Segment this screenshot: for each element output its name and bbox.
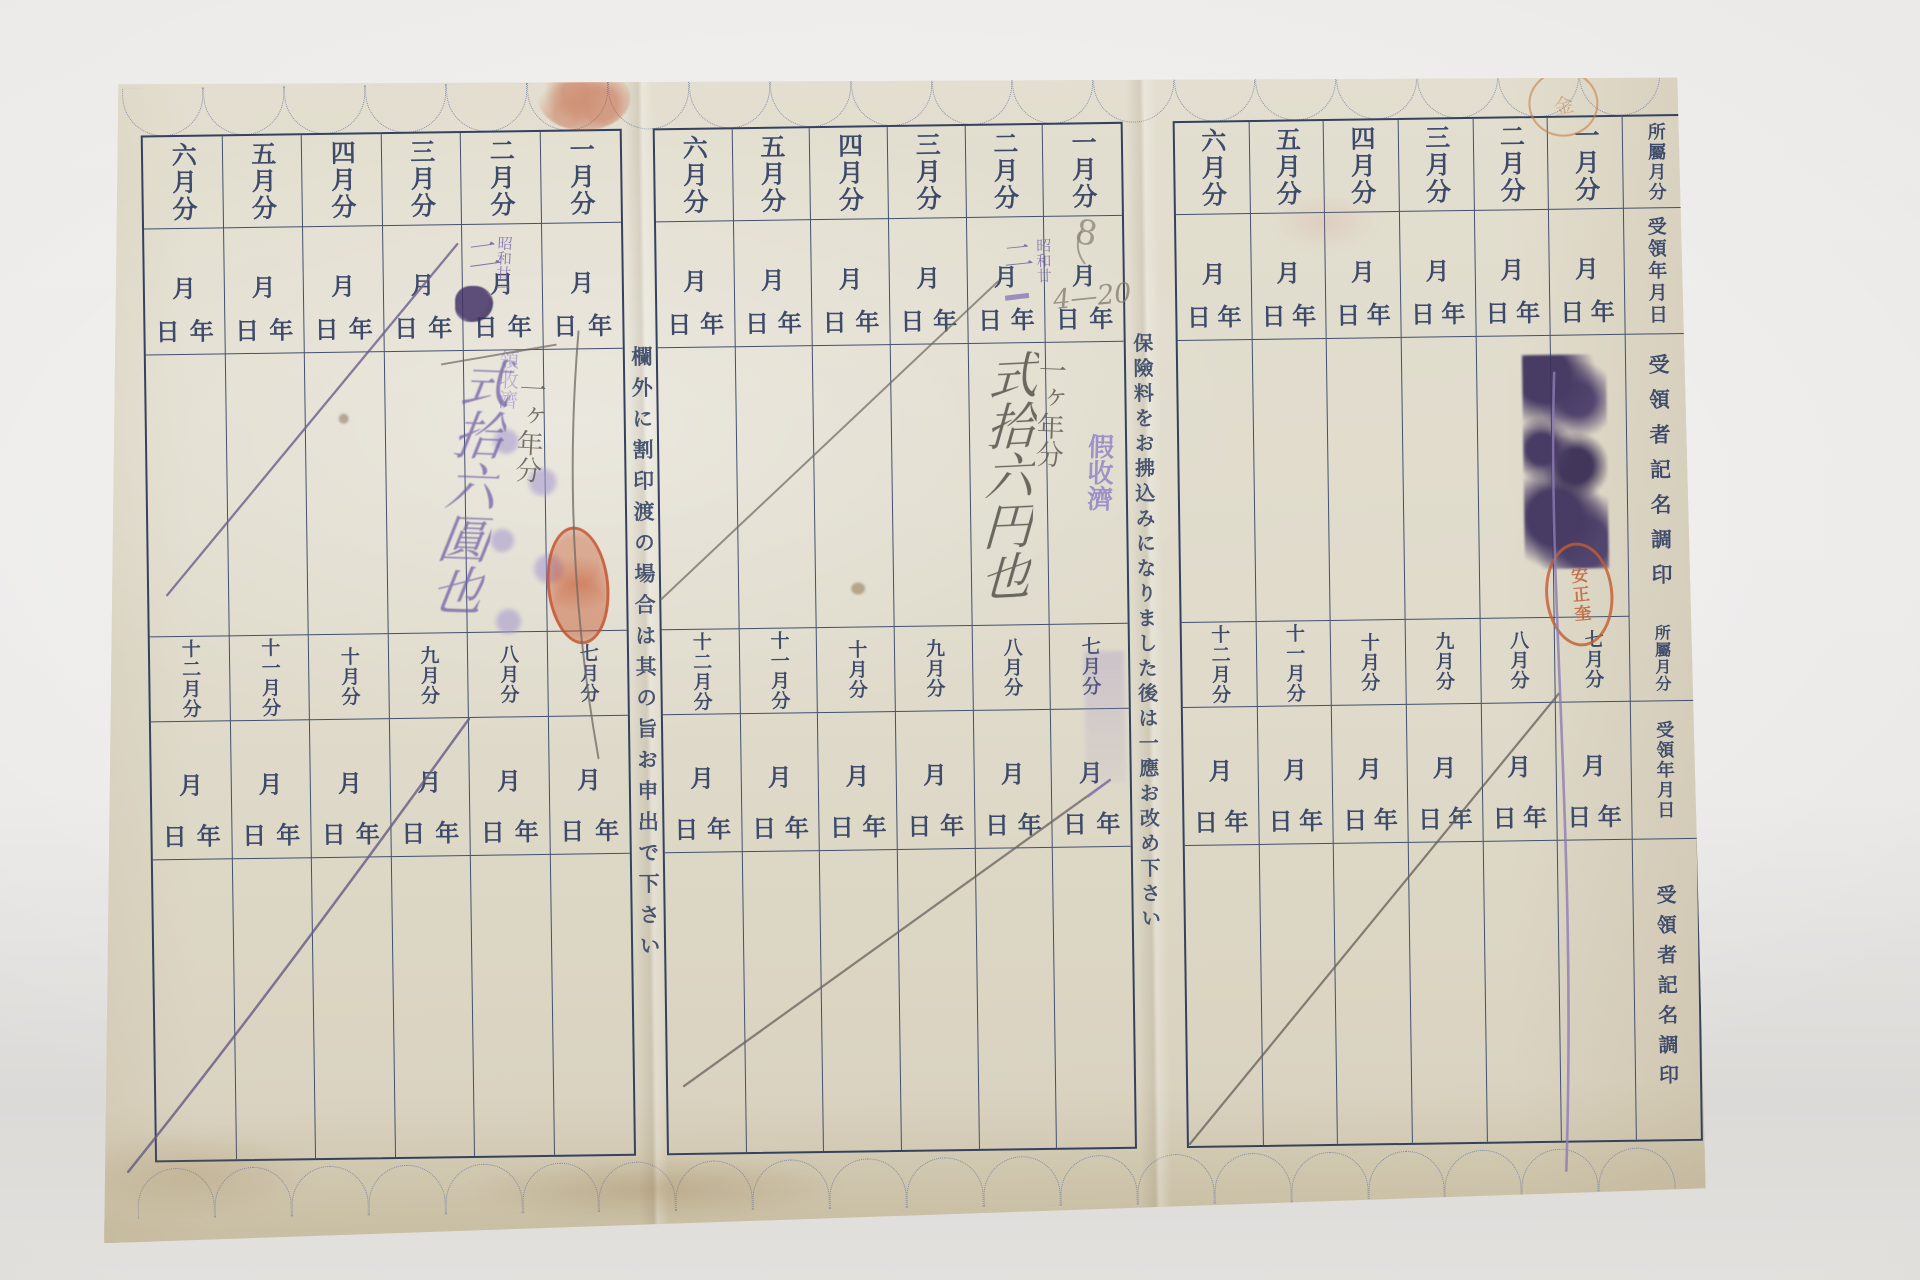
scallop-arc <box>689 80 771 129</box>
sign-cell-bottom-panel-right-3 <box>1409 842 1488 1143</box>
receipt-date-cell-top-panel-right-0-d-day: 日 <box>1187 298 1211 333</box>
receipt-date-cell-bottom-panel-left-2: 月日年 <box>310 719 391 858</box>
receipt-date-cell-bottom-panel-right-1-d-day: 日 <box>1268 801 1292 836</box>
receipt-date-cell-top-panel-middle-2-d-day: 日 <box>822 303 846 338</box>
month-header-bottom-panel-middle-2-label: 十月分 <box>846 639 866 699</box>
receipt-date-cell-bottom-panel-middle-1: 月日年 <box>741 713 821 852</box>
month-header-top-panel-left-1-label: 五月分 <box>249 141 276 222</box>
receipt-date-cell-bottom-panel-right-4: 月日年 <box>1481 703 1558 842</box>
receipt-date-cell-top-panel-right-0-d-month: 月 <box>1201 254 1225 289</box>
receipt-date-cell-top-panel-right-1-d-day: 日 <box>1261 297 1285 332</box>
receipt-date-cell-bottom-panel-right-2: 月日年 <box>1332 705 1409 844</box>
sign-cell-bottom-panel-left-3 <box>391 856 475 1157</box>
scallop-arc <box>527 82 609 131</box>
receipt-date-cell-bottom-panel-middle-3: 月日年 <box>896 711 976 850</box>
receipt-date-cell-top-panel-left-0-d-day: 日 <box>155 312 179 347</box>
month-header-top-panel-middle-2: 四月分 <box>810 127 889 220</box>
receipt-date-cell-top-panel-right-1-d-year: 年 <box>1292 296 1316 331</box>
receipt-date-cell-top-panel-left-2-d-year: 年 <box>348 309 372 344</box>
month-header-top-panel-middle-3: 三月分 <box>888 126 967 219</box>
receipt-date-cell-top-panel-right-5-d-month: 月 <box>1575 249 1599 284</box>
scallop-arc <box>599 1161 677 1212</box>
sign-cell-top-panel-right-2 <box>1327 338 1406 621</box>
month-header-top-panel-middle-3-label: 三月分 <box>913 131 940 212</box>
receipt-date-cell-bottom-panel-left-0: 月日年 <box>151 721 232 860</box>
month-header-top-panel-middle-0: 六月分 <box>655 129 734 222</box>
month-header-top-panel-middle-5-label: 一月分 <box>1069 129 1096 210</box>
month-header-bottom-panel-left-1: 十一月分 <box>229 635 310 721</box>
receipt-date-cell-bottom-panel-middle-3-d-month: 月 <box>923 755 947 790</box>
receipt-date-cell-bottom-panel-right-5: 月日年 <box>1556 702 1633 841</box>
month-header-bottom-panel-right-0: 十二月分 <box>1182 622 1258 708</box>
month-header-top-panel-left-1: 五月分 <box>222 135 303 228</box>
scallop-arc <box>1417 70 1499 119</box>
legend-cell: 受領年月日 <box>1624 208 1690 335</box>
month-header-top-panel-middle-5: 一月分 <box>1043 124 1122 217</box>
receipt-date-cell-bottom-panel-left-4-d-day: 日 <box>480 812 504 847</box>
receipt-date-cell-bottom-panel-middle-2-d-year: 年 <box>862 807 886 842</box>
red-stamp-top-left <box>538 66 631 131</box>
receipt-date-cell-bottom-panel-middle-5-d-year: 年 <box>1096 804 1120 839</box>
sign-cell-top-panel-right-0 <box>1178 340 1257 623</box>
receipt-date-cell-top-panel-right-2-d-year: 年 <box>1367 295 1391 330</box>
sign-cell-bottom-panel-left-4 <box>471 855 555 1156</box>
scallop-arc <box>1174 73 1256 122</box>
receipt-date-cell-top-panel-middle-5-d-year: 年 <box>1089 299 1113 334</box>
month-header-bottom-panel-left-1-label: 十一月分 <box>259 638 279 718</box>
month-header-top-panel-right-1: 五月分 <box>1249 121 1325 214</box>
receipt-date-cell-bottom-panel-middle-3-d-year: 年 <box>940 806 964 841</box>
receipt-date-cell-bottom-panel-right-1-d-year: 年 <box>1299 801 1323 836</box>
sign-cell-top-panel-left-3 <box>384 351 467 634</box>
month-header-bottom-panel-middle-4: 八月分 <box>972 625 1051 711</box>
month-header-top-panel-middle-0-label: 六月分 <box>680 135 707 216</box>
month-header-top-panel-left-3: 三月分 <box>381 133 462 226</box>
scallop-arc <box>608 81 690 130</box>
scallop-arc <box>1521 1148 1599 1199</box>
month-header-top-panel-middle-4-label: 二月分 <box>991 130 1018 211</box>
receipt-date-cell-top-panel-right-1-d-month: 月 <box>1276 253 1300 288</box>
receipt-date-cell-bottom-panel-middle-2-d-day: 日 <box>829 808 853 843</box>
sign-cell-top-panel-middle-2 <box>813 345 895 628</box>
scallop-arc <box>1336 71 1418 120</box>
scallop-arc <box>752 1159 830 1210</box>
receipt-date-cell-bottom-panel-left-3-d-year: 年 <box>435 813 459 848</box>
month-header-top-panel-left-2-label: 四月分 <box>328 140 355 221</box>
month-header-top-panel-right-3: 三月分 <box>1399 119 1475 212</box>
receipt-date-cell-bottom-panel-middle-1-d-year: 年 <box>785 808 809 843</box>
receipt-date-cell-top-panel-left-5-d-month: 月 <box>570 263 594 298</box>
receipt-date-cell-bottom-panel-right-2-d-year: 年 <box>1374 800 1398 835</box>
receipt-date-cell-bottom-panel-left-1-d-year: 年 <box>276 815 300 850</box>
month-header-top-panel-middle-1: 五月分 <box>732 128 811 221</box>
receipt-date-cell-bottom-panel-right-0-d-year: 年 <box>1224 802 1248 837</box>
receipt-date-cell-bottom-panel-left-3-d-day: 日 <box>401 814 425 849</box>
receipt-date-cell-top-panel-right-5-d-year: 年 <box>1590 292 1614 327</box>
month-header-top-panel-left-4-label: 二月分 <box>487 137 514 218</box>
receipt-date-cell-top-panel-left-4-d-year: 年 <box>507 307 531 342</box>
month-header-top-panel-left-0: 六月分 <box>143 136 224 229</box>
receipt-date-cell-top-panel-right-1: 月日年 <box>1251 213 1327 340</box>
receipt-date-cell-bottom-panel-left-1-d-day: 日 <box>242 816 266 851</box>
receipt-date-cell-bottom-panel-right-5-d-day: 日 <box>1567 797 1591 832</box>
receipt-date-cell-bottom-panel-left-3: 月日年 <box>389 718 470 857</box>
receipt-date-cell-bottom-panel-left-5: 月日年 <box>548 716 629 855</box>
month-header-top-panel-right-0-label: 六月分 <box>1199 127 1226 208</box>
receipt-date-cell-bottom-panel-middle-1-d-month: 月 <box>767 757 791 792</box>
sign-cell-top-panel-left-0 <box>146 354 229 637</box>
receipt-date-cell-bottom-panel-middle-0-d-month: 月 <box>690 758 714 793</box>
receipt-date-cell-bottom-panel-left-2-d-month: 月 <box>338 763 362 798</box>
receipt-date-cell-top-panel-middle-0-d-day: 日 <box>667 305 691 340</box>
receipt-date-cell-bottom-panel-left-2-d-year: 年 <box>356 814 380 849</box>
stamp-glyph: 金 <box>1551 88 1576 120</box>
receipt-date-cell-top-panel-middle-0: 月日年 <box>656 221 735 348</box>
receipt-date-cell-top-panel-right-4-d-year: 年 <box>1516 293 1540 328</box>
sign-cell-top-panel-middle-1 <box>735 346 817 629</box>
seal-glyphs-right: 安正奎 <box>1564 565 1594 624</box>
month-header-top-panel-middle-4: 二月分 <box>965 125 1044 218</box>
month-header-top-panel-middle-1-label: 五月分 <box>758 134 785 215</box>
scallop-arc <box>137 1168 215 1219</box>
sign-cell-bottom-panel-right-4 <box>1483 841 1562 1142</box>
month-header-top-panel-left-3-label: 三月分 <box>408 138 435 219</box>
month-header-top-panel-right-2: 四月分 <box>1324 120 1400 213</box>
receipt-date-cell-bottom-panel-left-0-d-day: 日 <box>162 817 186 852</box>
receipt-date-cell-top-panel-right-5-d-day: 日 <box>1560 292 1584 327</box>
scallop-arc <box>770 79 852 128</box>
sign-cell-top-panel-middle-4 <box>968 343 1050 626</box>
scallop-arc <box>1444 1149 1522 1200</box>
receipt-date-cell-top-panel-right-2-d-day: 日 <box>1336 296 1360 331</box>
month-header-bottom-panel-left-2: 十月分 <box>309 634 390 720</box>
receipt-date-cell-bottom-panel-middle-0-d-day: 日 <box>674 810 698 845</box>
month-header-bottom-panel-right-2-label: 十月分 <box>1358 632 1378 692</box>
scallop-arc <box>1093 74 1175 123</box>
receipt-date-cell-top-panel-middle-3: 月日年 <box>889 218 968 345</box>
month-header-bottom-panel-right-4-label: 八月分 <box>1508 630 1528 690</box>
receipt-date-cell-bottom-panel-left-3-d-month: 月 <box>417 762 441 797</box>
month-header-bottom-panel-left-0-label: 十二月分 <box>179 639 199 719</box>
receipt-date-cell-bottom-panel-middle-2-d-month: 月 <box>845 756 869 791</box>
sign-cell-bottom-panel-middle-4 <box>975 848 1057 1149</box>
receipt-date-cell-top-panel-left-5-d-year: 年 <box>588 306 612 341</box>
receipt-date-cell-top-panel-middle-3-d-year: 年 <box>933 301 957 336</box>
scallop-arc <box>445 1163 523 1214</box>
month-header-bottom-panel-middle-3-label: 九月分 <box>923 638 943 698</box>
scallop-arc <box>932 76 1014 125</box>
scallop-arc <box>214 1167 292 1218</box>
month-header-bottom-panel-middle-1: 十一月分 <box>739 628 818 714</box>
receipt-date-cell-bottom-panel-right-0: 月日年 <box>1183 707 1260 846</box>
receipt-date-cell-top-panel-left-4-d-month: 月 <box>490 264 514 299</box>
sign-cell-bottom-panel-right-5 <box>1558 840 1637 1141</box>
scallop-arc <box>1598 1147 1676 1198</box>
receipt-date-cell-bottom-panel-right-3-d-month: 月 <box>1432 748 1456 783</box>
receipt-date-cell-bottom-panel-right-4-d-month: 月 <box>1507 747 1531 782</box>
receipt-date-cell-bottom-panel-right-3-d-year: 年 <box>1448 799 1472 834</box>
receipt-date-cell-top-panel-middle-5-d-day: 日 <box>1056 299 1080 334</box>
receipt-date-cell-bottom-panel-left-1: 月日年 <box>230 720 311 859</box>
legend-cell: 所屬月分 <box>1630 616 1695 702</box>
receipt-date-cell-top-panel-left-5-d-day: 日 <box>553 306 577 341</box>
legend-cell: 受領者記名調印 <box>1633 839 1701 1140</box>
receipt-date-cell-top-panel-right-0: 月日年 <box>1176 214 1252 341</box>
sign-cell-top-panel-middle-5 <box>1046 342 1128 625</box>
month-header-bottom-panel-left-4: 八月分 <box>468 632 549 718</box>
receipt-date-cell-bottom-panel-left-2-d-day: 日 <box>321 815 345 850</box>
receipt-date-cell-bottom-panel-middle-4-d-year: 年 <box>1018 805 1042 840</box>
receipt-date-cell-top-panel-right-3-d-year: 年 <box>1441 294 1465 329</box>
receipt-date-cell-bottom-panel-middle-4: 月日年 <box>974 710 1054 849</box>
legend-cell: 受領者記名調印 <box>1626 334 1694 617</box>
sign-cell-bottom-panel-left-1 <box>232 858 316 1159</box>
month-header-top-panel-right-2-label: 四月分 <box>1348 125 1375 206</box>
receipt-date-cell-bottom-panel-middle-2: 月日年 <box>818 712 898 851</box>
receipt-date-cell-top-panel-right-3: 月日年 <box>1400 211 1476 338</box>
receipt-date-cell-bottom-panel-right-0-d-day: 日 <box>1194 803 1218 838</box>
sign-cell-top-panel-left-1 <box>225 353 308 636</box>
receipt-date-cell-top-panel-right-2-d-month: 月 <box>1351 252 1375 287</box>
receipt-date-cell-top-panel-left-3-d-day: 日 <box>394 309 418 344</box>
month-header-bottom-panel-right-3: 九月分 <box>1406 619 1482 705</box>
legend-bottom-1: 受領年月日 <box>1650 720 1677 820</box>
receipt-date-cell-top-panel-middle-5-d-month: 月 <box>1072 256 1096 291</box>
month-header-top-panel-middle-2-label: 四月分 <box>835 132 862 213</box>
month-header-bottom-panel-right-0-label: 十二月分 <box>1209 624 1229 704</box>
stain <box>463 1153 844 1224</box>
receipt-date-cell-top-panel-left-1-d-month: 月 <box>251 268 275 303</box>
receipt-date-cell-top-panel-left-2: 月日年 <box>303 226 384 353</box>
receipt-date-cell-top-panel-left-0-d-year: 年 <box>189 312 213 347</box>
month-header-bottom-panel-middle-1-label: 十一月分 <box>768 631 788 711</box>
receipt-document: 六月分五月分四月分三月分二月分一月分月日年月日年月日年月日年月日年月日年十二月分… <box>88 59 1706 1243</box>
sign-cell-bottom-panel-middle-2 <box>820 850 902 1151</box>
scallop-arc <box>983 1156 1061 1207</box>
sign-cell-top-panel-left-2 <box>305 352 388 635</box>
scallop-arc <box>446 83 528 132</box>
receipt-date-cell-top-panel-left-5: 月日年 <box>542 223 623 350</box>
month-header-bottom-panel-left-3-label: 九月分 <box>418 645 438 705</box>
receipt-date-cell-bottom-panel-left-0-d-year: 年 <box>197 816 221 851</box>
month-header-bottom-panel-right-2: 十月分 <box>1331 620 1407 706</box>
sign-cell-bottom-panel-middle-5 <box>1053 847 1135 1148</box>
legend-top-2: 受領者記名調印 <box>1643 353 1676 598</box>
month-header-bottom-panel-left-5: 七月分 <box>547 631 628 717</box>
month-header-bottom-panel-left-4-label: 八月分 <box>497 644 517 704</box>
ledger-panel-left: 六月分五月分四月分三月分二月分一月分月日年月日年月日年月日年月日年月日年十二月分… <box>141 129 636 1163</box>
month-header-bottom-panel-middle-2: 十月分 <box>817 627 896 713</box>
photo-background: 六月分五月分四月分三月分二月分一月分月日年月日年月日年月日年月日年月日年十二月分… <box>0 0 1920 1280</box>
ledger-panel-middle: 六月分五月分四月分三月分二月分一月分月日年月日年月日年月日年月日年月日年十二月分… <box>653 122 1137 1155</box>
receipt-date-cell-bottom-panel-right-5-d-year: 年 <box>1598 797 1622 832</box>
month-header-bottom-panel-middle-0: 十二月分 <box>662 629 741 715</box>
receipt-date-cell-bottom-panel-middle-5: 月日年 <box>1051 709 1131 848</box>
receipt-date-cell-top-panel-left-1: 月日年 <box>224 227 305 354</box>
legend-cell: 所屬月分 <box>1623 116 1688 209</box>
month-header-bottom-panel-middle-5: 七月分 <box>1050 624 1129 710</box>
month-header-bottom-panel-middle-5-label: 七月分 <box>1079 636 1099 696</box>
sign-cell-top-panel-right-4 <box>1476 336 1555 619</box>
receipt-date-cell-top-panel-right-3-d-day: 日 <box>1411 294 1435 329</box>
receipt-date-cell-top-panel-left-3: 月日年 <box>383 225 464 352</box>
scallop-arc <box>203 87 285 136</box>
receipt-date-cell-top-panel-middle-2-d-month: 月 <box>838 259 862 294</box>
scallop-arc <box>365 84 447 133</box>
month-header-bottom-panel-right-1: 十一月分 <box>1256 621 1332 707</box>
month-header-bottom-panel-right-3-label: 九月分 <box>1433 631 1453 691</box>
receipt-date-cell-bottom-panel-middle-0-d-year: 年 <box>707 809 731 844</box>
month-header-top-panel-right-4-label: 二月分 <box>1497 123 1524 204</box>
scallop-arc <box>851 77 933 126</box>
sign-cell-top-panel-middle-0 <box>658 347 740 630</box>
sign-cell-bottom-panel-middle-3 <box>898 849 980 1150</box>
receipt-date-cell-top-panel-left-0-d-month: 月 <box>172 269 196 304</box>
month-header-bottom-panel-left-3: 九月分 <box>388 633 469 719</box>
receipt-date-cell-top-panel-right-3-d-month: 月 <box>1425 251 1449 286</box>
receipt-date-cell-top-panel-left-0: 月日年 <box>144 228 225 355</box>
receipt-date-cell-top-panel-middle-3-d-month: 月 <box>916 258 940 293</box>
sign-cell-bottom-panel-left-0 <box>153 859 237 1160</box>
scallop-arc <box>1255 72 1337 121</box>
scallop-arc <box>829 1158 907 1209</box>
sign-cell-top-panel-right-3 <box>1402 337 1481 620</box>
receipt-date-cell-bottom-panel-left-5-d-day: 日 <box>560 811 584 846</box>
month-header-bottom-panel-right-4: 八月分 <box>1480 618 1556 704</box>
receipt-date-cell-top-panel-middle-4-d-year: 年 <box>1010 300 1034 335</box>
scallop-arc <box>1291 1151 1369 1202</box>
scallop-arc <box>122 88 204 137</box>
scallop-arc <box>368 1164 446 1215</box>
scallop-arc <box>906 1157 984 1208</box>
month-header-bottom-panel-left-2-label: 十月分 <box>338 647 358 707</box>
receipt-date-cell-top-panel-middle-1: 月日年 <box>734 220 813 347</box>
receipt-date-cell-top-panel-right-5: 月日年 <box>1549 209 1625 336</box>
scallop-arc <box>1060 1155 1138 1206</box>
month-header-top-panel-right-1-label: 五月分 <box>1273 126 1300 207</box>
receipt-date-cell-top-panel-left-2-d-month: 月 <box>331 267 355 302</box>
month-header-top-panel-right-4: 二月分 <box>1473 118 1549 211</box>
receipt-date-cell-top-panel-right-2: 月日年 <box>1325 212 1401 339</box>
month-header-top-panel-left-5: 一月分 <box>540 131 621 224</box>
month-header-bottom-panel-middle-4-label: 八月分 <box>1001 637 1021 697</box>
receipt-date-cell-top-panel-middle-4-d-month: 月 <box>994 257 1018 292</box>
sign-cell-bottom-panel-left-5 <box>550 854 634 1155</box>
receipt-date-cell-bottom-panel-right-1-d-month: 月 <box>1283 750 1307 785</box>
receipt-date-cell-top-panel-middle-1-d-year: 年 <box>778 303 802 338</box>
month-header-bottom-panel-left-5-label: 七月分 <box>577 643 597 703</box>
receipt-date-cell-bottom-panel-middle-1-d-day: 日 <box>752 809 776 844</box>
month-header-top-panel-left-5-label: 一月分 <box>567 136 594 217</box>
receipt-date-cell-bottom-panel-left-0-d-month: 月 <box>179 766 203 801</box>
month-header-bottom-panel-middle-3: 九月分 <box>895 626 974 712</box>
receipt-date-cell-top-panel-middle-4: 月日年 <box>967 217 1046 344</box>
scallop-arc <box>522 1162 600 1213</box>
month-header-top-panel-right-0: 六月分 <box>1175 122 1251 215</box>
scallop-arc <box>1368 1150 1446 1201</box>
receipt-date-cell-top-panel-right-4-d-month: 月 <box>1500 250 1524 285</box>
scallop-arc <box>1137 1154 1215 1205</box>
month-header-top-panel-left-0-label: 六月分 <box>169 142 196 223</box>
sign-cell-bottom-panel-middle-1 <box>742 851 824 1152</box>
month-header-bottom-panel-left-0: 十二月分 <box>150 636 231 722</box>
receipt-date-cell-bottom-panel-right-2-d-day: 日 <box>1343 800 1367 835</box>
receipt-date-cell-bottom-panel-left-4-d-month: 月 <box>497 761 521 796</box>
receipt-date-cell-top-panel-left-2-d-day: 日 <box>314 310 338 345</box>
month-header-top-panel-right-3-label: 三月分 <box>1423 124 1450 205</box>
receipt-date-cell-top-panel-left-1-d-day: 日 <box>235 311 259 346</box>
sign-cell-bottom-panel-right-1 <box>1259 844 1338 1145</box>
receipt-date-cell-bottom-panel-middle-0: 月日年 <box>663 714 743 853</box>
month-header-bottom-panel-middle-0-label: 十二月分 <box>690 632 710 712</box>
scallop-arc <box>675 1160 753 1211</box>
sign-cell-bottom-panel-right-2 <box>1334 843 1413 1144</box>
receipt-date-cell-bottom-panel-left-4-d-year: 年 <box>515 812 539 847</box>
receipt-date-cell-bottom-panel-right-3: 月日年 <box>1407 704 1484 843</box>
receipt-date-cell-bottom-panel-right-4-d-day: 日 <box>1492 798 1516 833</box>
receipt-date-cell-bottom-panel-right-3-d-day: 日 <box>1418 799 1442 834</box>
month-header-bottom-panel-right-1-label: 十一月分 <box>1283 623 1303 703</box>
scallop-arc <box>1012 75 1094 124</box>
receipt-date-cell-bottom-panel-right-1: 月日年 <box>1257 706 1334 845</box>
receipt-date-cell-bottom-panel-right-0-d-month: 月 <box>1208 751 1232 786</box>
receipt-date-cell-top-panel-left-1-d-year: 年 <box>269 310 293 345</box>
receipt-date-cell-bottom-panel-right-4-d-year: 年 <box>1523 798 1547 833</box>
receipt-date-cell-bottom-panel-right-5-d-month: 月 <box>1582 746 1606 781</box>
receipt-date-cell-top-panel-middle-3-d-day: 日 <box>900 302 924 337</box>
scallop-arc <box>291 1165 369 1216</box>
scallop-arc <box>1214 1153 1292 1204</box>
sign-cell-bottom-panel-middle-0 <box>665 852 747 1153</box>
sign-cell-bottom-panel-left-2 <box>312 857 396 1158</box>
receipt-date-cell-top-panel-middle-2: 月日年 <box>811 219 890 346</box>
receipt-date-cell-top-panel-left-3-d-month: 月 <box>410 265 434 300</box>
receipt-date-cell-bottom-panel-middle-4-d-day: 日 <box>985 805 1009 840</box>
ledger-panel-right: 六月分五月分四月分三月分二月分一月分所屬月分月日年月日年月日年月日年月日年月日年… <box>1173 114 1703 1148</box>
receipt-date-cell-bottom-panel-middle-3-d-day: 日 <box>907 807 931 842</box>
receipt-date-cell-bottom-panel-left-1-d-month: 月 <box>258 764 282 799</box>
receipt-date-cell-top-panel-right-4-d-day: 日 <box>1485 293 1509 328</box>
receipt-date-cell-top-panel-middle-2-d-year: 年 <box>855 302 879 337</box>
receipt-date-cell-top-panel-middle-1-d-day: 日 <box>745 304 769 339</box>
receipt-date-cell-bottom-panel-middle-4-d-month: 月 <box>1000 754 1024 789</box>
legend-top-0: 所屬月分 <box>1642 122 1669 202</box>
legend-bottom-2: 受領者記名調印 <box>1651 884 1683 1094</box>
receipt-date-cell-top-panel-middle-0-d-month: 月 <box>683 262 707 297</box>
receipt-date-cell-bottom-panel-middle-5-d-month: 月 <box>1079 753 1103 788</box>
receipt-date-cell-top-panel-right-0-d-year: 年 <box>1217 297 1241 332</box>
scallop-arc <box>284 85 366 134</box>
sign-cell-bottom-panel-right-0 <box>1185 845 1264 1146</box>
receipt-date-cell-bottom-panel-left-4: 月日年 <box>469 717 550 856</box>
legend-bottom-0: 所屬月分 <box>1650 624 1674 692</box>
receipt-date-cell-top-panel-middle-0-d-year: 年 <box>700 304 724 339</box>
sign-cell-top-panel-right-1 <box>1252 339 1331 622</box>
month-header-top-panel-left-4: 二月分 <box>461 132 542 225</box>
legend-top-1: 受領年月日 <box>1642 216 1671 326</box>
sign-cell-top-panel-middle-3 <box>891 344 973 627</box>
month-header-top-panel-left-2: 四月分 <box>302 134 383 227</box>
receipt-date-cell-bottom-panel-right-2-d-month: 月 <box>1358 749 1382 784</box>
receipt-date-cell-top-panel-left-3-d-year: 年 <box>428 308 452 343</box>
receipt-date-cell-bottom-panel-left-5-d-month: 月 <box>577 760 601 795</box>
receipt-date-cell-top-panel-middle-5: 月日年 <box>1044 216 1123 343</box>
receipt-date-cell-bottom-panel-middle-5-d-day: 日 <box>1063 804 1087 839</box>
receipt-date-cell-top-panel-middle-1-d-month: 月 <box>761 261 785 296</box>
receipt-date-cell-top-panel-right-4: 月日年 <box>1475 210 1551 337</box>
receipt-date-cell-top-panel-middle-4-d-day: 日 <box>978 301 1002 336</box>
legend-cell: 受領年月日 <box>1631 701 1697 840</box>
